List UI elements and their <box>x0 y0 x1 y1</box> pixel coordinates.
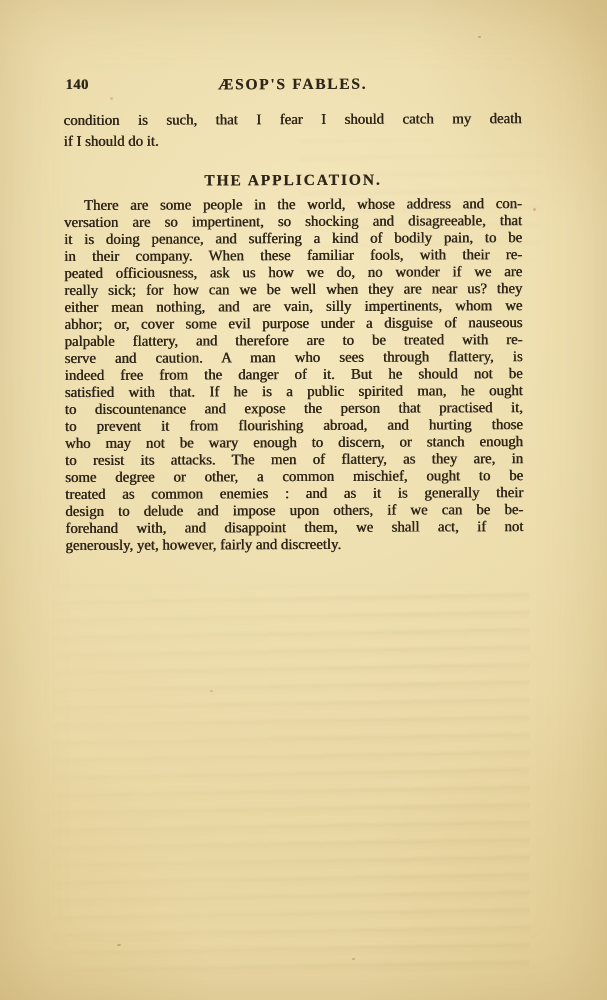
paper-speck <box>352 958 355 960</box>
text-line: treated as common enemies : and as it is… <box>65 485 523 504</box>
paper-speck <box>117 944 121 946</box>
bleed-through-ghost-text <box>52 584 530 976</box>
text-line: design to delude and impose upon others,… <box>65 502 523 521</box>
paper-speck <box>210 690 213 692</box>
text-line: serve and caution. A man who sees throug… <box>65 349 523 368</box>
text-line: to resist its attacks. The men of flatte… <box>65 451 523 470</box>
text-line: palpable flattery, and therefore are to … <box>65 332 523 351</box>
paper-speck <box>478 36 481 38</box>
text-line: really sick; for how can we be well when… <box>64 281 522 300</box>
text-line: to prevent it from flourishing abroad, a… <box>65 417 523 436</box>
paper-speck <box>533 208 536 211</box>
text-line: condition is such, that I fear I should … <box>64 109 522 131</box>
text-line: peated officiousness, ask us how we do, … <box>64 264 522 283</box>
text-line: either mean nothing, and are vain, silly… <box>64 298 522 317</box>
text-line: abhor; or, cover some evil purpose under… <box>65 315 523 334</box>
scanned-book-page: 140 ÆSOP'S FABLES. condition is such, th… <box>0 0 607 1000</box>
text-line: forehand with, and disappoint them, we s… <box>65 519 523 538</box>
text-line: who may not be wary enough to discern, o… <box>65 434 523 453</box>
bleed-through-ghost-text-upper <box>300 140 540 260</box>
running-header: ÆSOP'S FABLES. <box>63 75 521 95</box>
text-line: generously, yet, however, fairly and dis… <box>65 536 523 555</box>
text-line: to discountenance and expose the person … <box>65 400 523 419</box>
text-line: satisfied with that. If he is a public s… <box>65 383 523 402</box>
text-line: indeed free from the danger of it. But h… <box>65 366 523 385</box>
text-line: some degree or other, a common mischief,… <box>65 468 523 487</box>
paper-speck <box>110 97 113 100</box>
